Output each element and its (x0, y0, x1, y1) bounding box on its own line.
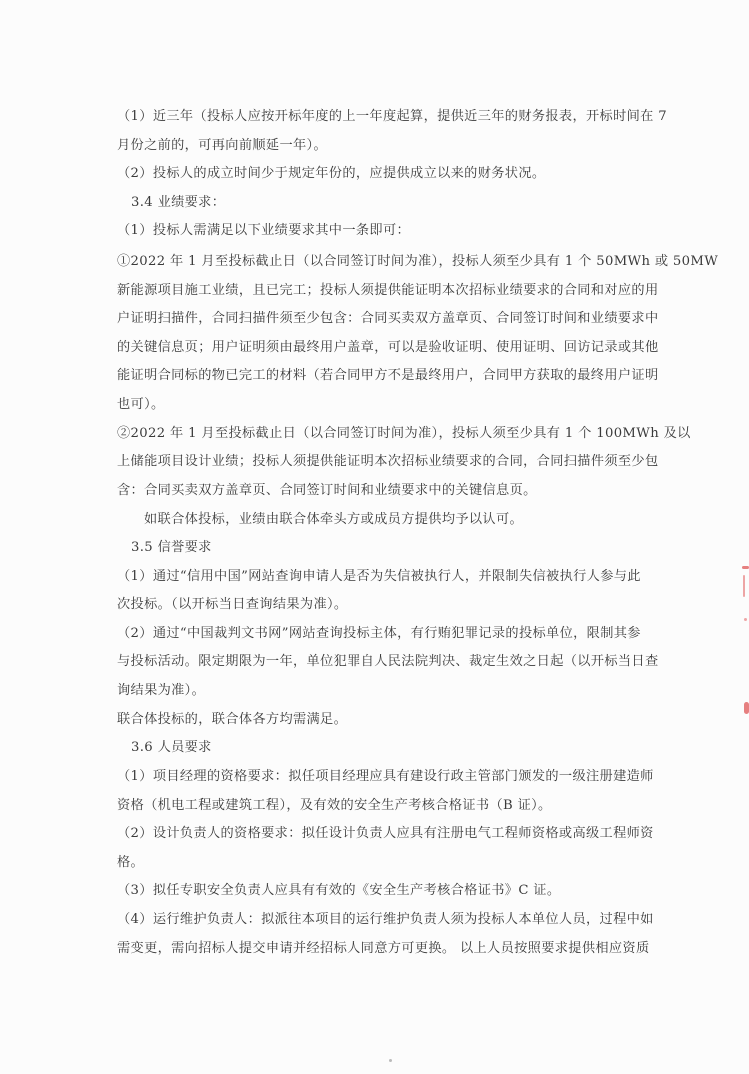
text-line: （1）近三年（投标人应按开标年度的上一年度起算，提供近三年的财务报表，开标时间在… (117, 108, 634, 126)
text-line: 联合体投标的，联合体各方均需满足。 (117, 711, 634, 729)
seal-fragment-top-stroke (743, 575, 745, 597)
seal-fragment-top (742, 566, 749, 569)
text-line: 能证明合同标的物已完工的材料（若合同甲方不是最终用户，合同甲方获取的最终用户证明 (117, 367, 634, 385)
text-line: 新能源项目施工业绩，且已完工；投标人须提供能证明本次招标业绩要求的合同和对应的用 (117, 282, 634, 300)
seal-fragment-middle (744, 618, 747, 621)
text-line: 上储能项目设计业绩；投标人须提供能证明本次招标业绩要求的合同，合同扫描件须至少包 (117, 453, 634, 471)
text-line: 与投标活动。限定期限为一年，单位犯罪自人民法院判决、裁定生效之日起（以开标当日查 (117, 653, 634, 671)
text-line: 3.6 人员要求 (131, 739, 634, 757)
text-line: （1）项目经理的资格要求：拟任项目经理应具有建设行政主管部门颁发的一级注册建造师 (117, 768, 634, 786)
text-line: 资格（机电工程或建筑工程），及有效的安全生产考核合格证书（B 证）。 (117, 797, 634, 815)
seal-fragment-bottom (744, 702, 749, 714)
text-line: 3.5 信誉要求 (131, 539, 634, 557)
text-line: （2）通过“中国裁判文书网”网站查询投标主体，有行贿犯罪记录的投标单位，限制其参 (117, 625, 634, 643)
scanned-document-page: （1）近三年（投标人应按开标年度的上一年度起算，提供近三年的财务报表，开标时间在… (0, 0, 749, 1074)
text-line: 月份之前的，可再向前顺延一年）。 (117, 137, 634, 155)
text-line: 也可）。 (117, 396, 634, 414)
text-line: （2）投标人的成立时间少于规定年份的，应提供成立以来的财务状况。 (117, 165, 634, 183)
text-line: （4）运行维护负责人：拟派往本项目的运行维护负责人须为投标人本单位人员，过程中如 (117, 911, 634, 929)
text-line: 的关键信息页；用户证明须由最终用户盖章，可以是验收证明、使用证明、回访记录或其他 (117, 339, 634, 357)
text-line: 格。 (117, 854, 634, 872)
text-line: 询结果为准）。 (117, 682, 634, 700)
text-line: 3.4 业绩要求： (131, 194, 634, 212)
text-line: （1）通过“信用中国”网站查询申请人是否为失信被执行人，并限制失信被执行人参与此 (117, 568, 634, 586)
text-line: （2）设计负责人的资格要求：拟任设计负责人应具有注册电气工程师资格或高级工程师资 (117, 825, 634, 843)
text-line: 如联合体投标，业绩由联合体牵头方或成员方提供均予以认可。 (144, 511, 634, 529)
text-line: ①2022 年 1 月至投标截止日（以合同签订时间为准），投标人须至少具有 1 … (117, 253, 634, 271)
scan-speck (389, 1059, 392, 1062)
text-line: 户证明扫描件，合同扫描件须至少包含：合同买卖双方盖章页、合同签订时间和业绩要求中 (117, 310, 634, 328)
text-line: （3）拟任专职安全负责人应具有有效的《安全生产考核合格证书》C 证。 (117, 882, 634, 900)
text-line: ②2022 年 1 月至投标截止日（以合同签订时间为准），投标人须至少具有 1 … (117, 425, 634, 443)
text-line: 次投标。（以开标当日查询结果为准）。 (117, 596, 634, 614)
text-line: 含：合同买卖双方盖章页、合同签订时间和业绩要求中的关键信息页。 (117, 482, 634, 500)
text-line: （1）投标人需满足以下业绩要求其中一条即可： (117, 222, 634, 240)
text-line: 需变更，需向招标人提交申请并经招标人同意方可更换。 以上人员按照要求提供相应资质 (117, 940, 634, 958)
